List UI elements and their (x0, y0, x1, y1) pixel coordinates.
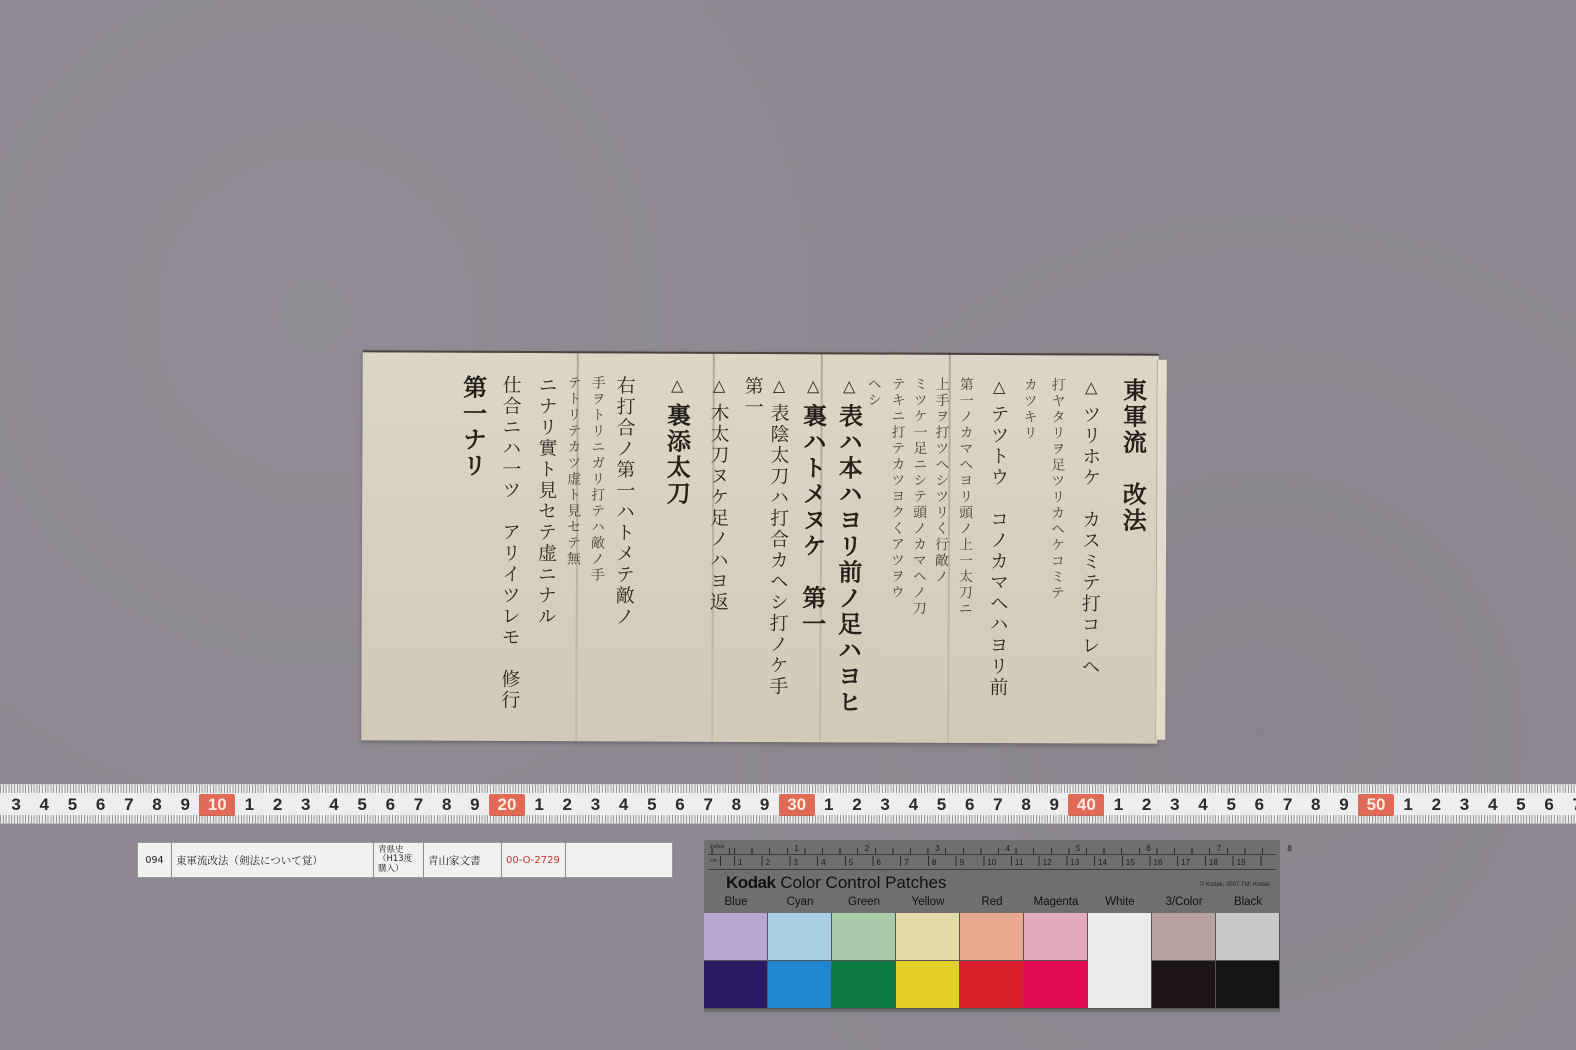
handwritten-column: 打ヤタリヲ足ツリカヘケコミテ (1050, 377, 1065, 601)
color-patch-blue-dark (704, 961, 768, 1009)
color-patch-yellow-light (896, 913, 960, 961)
patch-name-label: Black (1216, 896, 1280, 908)
color-patch-grid (704, 913, 1280, 1009)
triangle-mark-icon: △ (991, 377, 1007, 398)
tape-unit-label: 7 (984, 794, 1012, 816)
column-text: 裏ハトメヌケ 第一 (798, 403, 828, 637)
label-source: 青県史（H13度購入） (374, 843, 424, 877)
tape-unit-label: 1 (1394, 794, 1422, 816)
tape-unit-label: 2 (553, 794, 581, 816)
column-text: 手ヲトリニガリ打テハ敵ノ手 (589, 375, 606, 583)
patch-name-label: Yellow (896, 896, 960, 908)
measuring-tape: 3456789101234567892012345678930123456789… (0, 784, 1576, 824)
tape-unit-label: 1 (235, 794, 263, 816)
tape-unit-label: 4 (1189, 794, 1217, 816)
tape-unit-label: 9 (171, 794, 199, 816)
handwritten-column: テトリテカツ虚ト見セテ無 (566, 375, 581, 567)
column-text: 第一 (742, 376, 764, 418)
tape-unit-label: 6 (1535, 794, 1563, 816)
triangle-mark-icon: △ (1083, 377, 1099, 398)
color-patch-green-dark (832, 961, 896, 1009)
label-title: 東軍流改法（剣法について覚） (172, 843, 374, 877)
tape-unit-label: 6 (956, 794, 984, 816)
patch-name-label: Magenta (1024, 896, 1088, 908)
inch-tick-label: 6 (1146, 844, 1150, 853)
tape-unit-label: 9 (461, 794, 489, 816)
tape-unit-label: 8 (1302, 794, 1330, 816)
tape-unit-label: 3 (1450, 794, 1478, 816)
inch-tick-label: 3 (935, 844, 939, 853)
handwritten-column: 右打合ノ第一ハトメテ敵ノ (614, 375, 634, 627)
label-blank-cell (566, 843, 672, 877)
cm-tick-label: 3 (793, 858, 797, 867)
kodak-title-text: Color Control Patches (780, 873, 946, 892)
tape-unit-label: 8 (433, 794, 461, 816)
tape-unit-label: 2 (843, 794, 871, 816)
handwritten-column: 手ヲトリニガリ打テハ敵ノ手 (590, 375, 605, 583)
tape-unit-label: 7 (1274, 794, 1302, 816)
tape-unit-label: 3 (871, 794, 899, 816)
kodak-color-chart: inches 12345678 cm 123456789101112131415… (704, 840, 1280, 1012)
tape-unit-label: 4 (30, 794, 58, 816)
column-text: テキニ打テカツヨクくアツヲウ (889, 377, 906, 601)
inch-tick-label: 7 (1217, 844, 1221, 853)
color-patch-magenta-light (1024, 913, 1088, 961)
color-patch-red-dark (960, 961, 1024, 1009)
handwritten-column: 仕合ニハ一ツ アリイツレモ 修行 (499, 375, 519, 711)
cm-tick-label: 1 (738, 858, 742, 867)
cm-tick-label: 9 (960, 858, 964, 867)
cm-tick-label: 19 (1237, 858, 1246, 867)
cm-tick-label: 10 (987, 858, 996, 867)
patch-name-label: Red (960, 896, 1024, 908)
column-text: 東軍流 改法 (1118, 378, 1148, 534)
cm-tick-label: 17 (1181, 858, 1190, 867)
tape-unit-label: 6 (1245, 794, 1273, 816)
handwritten-column: カツキリ (1022, 377, 1036, 441)
label-collection: 青山家文書 (424, 843, 502, 877)
color-patch-cyan-light (768, 913, 832, 961)
tape-unit-label: 7 (694, 794, 722, 816)
cm-unit-label: cm (710, 858, 717, 864)
handwritten-column: 上手ヲ打ツヘシツリく行敵ノ (934, 377, 949, 585)
inch-tick-label: 1 (794, 844, 798, 853)
handwritten-column: 東軍流 改法 (1120, 378, 1145, 534)
inch-tick-label: 8 (1287, 844, 1291, 853)
patch-name-label: White (1088, 896, 1152, 908)
handwritten-column: △裏添太刀 (664, 376, 689, 507)
tape-unit-label: 3 (2, 794, 30, 816)
handwritten-column: 第一 (743, 376, 762, 418)
tape-unit-label: 7 (1563, 794, 1576, 816)
tape-unit-label: 1 (815, 794, 843, 816)
triangle-mark-icon: △ (771, 376, 787, 397)
cm-tick-label: 7 (904, 858, 908, 867)
tape-unit-label: 5 (638, 794, 666, 816)
label-number: 094 (138, 843, 172, 877)
tape-unit-label: 5 (1217, 794, 1245, 816)
paper-edge (1155, 360, 1167, 740)
column-text: 右打合ノ第一ハトメテ敵ノ (613, 375, 636, 627)
patch-name-label: Green (832, 896, 896, 908)
color-patch-black-dark (1216, 961, 1280, 1009)
cm-tick-label: 13 (1070, 858, 1079, 867)
color-patch-green-light (832, 913, 896, 961)
tape-unit-label: 5 (58, 794, 86, 816)
handwritten-document: 東軍流 改法△ツリホケ カスミテ打コレヘ打ヤタリヲ足ツリカヘケコミテカツキリ△テ… (361, 350, 1159, 743)
triangle-mark-icon: △ (669, 376, 685, 397)
cm-tick-label: 5 (849, 858, 853, 867)
column-text: ミツケ一足ニシテ頭ノカマヘノ刀 (911, 377, 928, 617)
triangle-mark-icon: △ (711, 376, 727, 397)
column-text: ヘシ (866, 376, 882, 408)
tape-unit-label: 1 (525, 794, 553, 816)
handwritten-column: △木太刀ヌケ足ノハヨ返 (708, 376, 728, 613)
column-text: 打ヤタリヲ足ツリカヘケコミテ (1049, 377, 1066, 601)
column-text: 裏添太刀 (662, 403, 691, 507)
patch-name-label: Blue (704, 896, 768, 908)
column-text: 上手ヲ打ツヘシツリく行敵ノ (933, 377, 950, 585)
tape-decade-label: 40 (1068, 794, 1104, 816)
patch-names: BlueCyanGreenYellowRedMagentaWhite3/Colo… (704, 896, 1280, 908)
color-patch-white-light (1088, 913, 1152, 1009)
patch-name-label: Cyan (768, 896, 832, 908)
column-text: 表陰太刀ハ打合カヘシ打ノケ手 (766, 403, 789, 697)
column-text: ニナリ實ト見セテ虚ニナル (535, 375, 558, 627)
label-id: 00-O-2729 (502, 843, 566, 877)
tape-decade-label: 50 (1358, 794, 1394, 816)
tape-unit-label: 5 (348, 794, 376, 816)
patch-name-label: 3/Color (1152, 896, 1216, 908)
handwritten-column: 第一ノカマヘヨリ頭ノ上一太刀ニ (958, 377, 973, 617)
handwritten-column: △ツリホケ カスミテ打コレヘ (1079, 377, 1099, 677)
tape-unit-label: 4 (320, 794, 348, 816)
handwritten-column: △表陰太刀ハ打合カヘシ打ノケ手 (767, 376, 787, 697)
inch-tick-label: 5 (1076, 844, 1080, 853)
handwritten-column: △表ハ本ハヨリ前ノ足ハヨヒ (835, 376, 860, 715)
handwritten-column: ヘシ (867, 376, 881, 408)
inch-scale: inches 12345678 (708, 842, 1276, 855)
tape-unit-label: 8 (722, 794, 750, 816)
tape-unit-label: 9 (1040, 794, 1068, 816)
column-text: 仕合ニハ一ツ アリイツレモ 修行 (498, 375, 521, 711)
cm-tick-label: 8 (932, 858, 936, 867)
cm-scale: cm 12345678910111213141516171819 (708, 856, 1276, 869)
tape-unit-label: 1 (1104, 794, 1132, 816)
color-patch-magenta-dark (1024, 961, 1088, 1009)
color-patch-3-color-light (1152, 913, 1216, 961)
column-text: 木太刀ヌケ足ノハヨ返 (707, 403, 730, 613)
tape-ticks (0, 785, 1576, 793)
tape-unit-label: 7 (115, 794, 143, 816)
tape-unit-label: 6 (87, 794, 115, 816)
tape-unit-label: 8 (143, 794, 171, 816)
tape-unit-label: 4 (899, 794, 927, 816)
tape-unit-label: 4 (1479, 794, 1507, 816)
column-text: 第一ノカマヘヨリ頭ノ上一太刀ニ (957, 377, 974, 617)
kodak-copyright: © Kodak, 2007 TM: Kodak (1200, 882, 1270, 888)
catalog-label: 094 東軍流改法（剣法について覚） 青県史（H13度購入） 青山家文書 00-… (137, 842, 673, 878)
inch-tick-label: 2 (865, 844, 869, 853)
tape-unit-label: 6 (666, 794, 694, 816)
cm-tick-label: 14 (1098, 858, 1107, 867)
column-text: カツキリ (1021, 377, 1037, 441)
cm-tick-label: 15 (1126, 858, 1135, 867)
triangle-mark-icon: △ (805, 376, 821, 397)
color-patch-cyan-dark (768, 961, 832, 1009)
cm-tick-label: 4 (821, 858, 825, 867)
color-patch-red-light (960, 913, 1024, 961)
tape-unit-label: 5 (927, 794, 955, 816)
color-patch-black-light (1216, 913, 1280, 961)
handwritten-column: ミツケ一足ニシテ頭ノカマヘノ刀 (912, 377, 927, 617)
tape-decade-label: 10 (199, 794, 235, 816)
tape-numbers: 3456789101234567892012345678930123456789… (2, 794, 1576, 816)
tape-unit-label: 3 (581, 794, 609, 816)
color-patch-3-color-dark (1152, 961, 1216, 1009)
handwritten-column: テキニ打テカツヨクくアツヲウ (890, 377, 905, 601)
inch-tick-label: 4 (1006, 844, 1010, 853)
handwritten-column: 第一ナリ (460, 375, 484, 479)
cm-tick-label: 12 (1043, 858, 1052, 867)
cm-tick-label: 16 (1154, 858, 1163, 867)
triangle-mark-icon: △ (841, 376, 857, 397)
tape-unit-label: 5 (1507, 794, 1535, 816)
tape-unit-label: 6 (376, 794, 404, 816)
column-text: 表ハ本ハヨリ前ノ足ハヨヒ (833, 403, 863, 715)
tape-unit-label: 2 (1133, 794, 1161, 816)
color-patch-blue-light (704, 913, 768, 961)
tape-unit-label: 7 (404, 794, 432, 816)
tape-unit-label: 2 (264, 794, 292, 816)
tape-ticks (0, 815, 1576, 823)
tape-decade-label: 20 (489, 794, 525, 816)
tape-unit-label: 3 (1161, 794, 1189, 816)
kodak-brand: Kodak (726, 873, 775, 892)
tape-unit-label: 2 (1422, 794, 1450, 816)
color-patch-yellow-dark (896, 961, 960, 1009)
tape-unit-label: 4 (610, 794, 638, 816)
column-text: テツトウ コノカマヘハヨリ前 (986, 404, 1009, 698)
cm-tick-label: 18 (1209, 858, 1218, 867)
kodak-ruler: inches 12345678 cm 123456789101112131415… (708, 842, 1276, 870)
tape-unit-label: 9 (751, 794, 779, 816)
handwritten-column: ニナリ實ト見セテ虚ニナル (536, 375, 556, 627)
cm-tick-label: 2 (766, 858, 770, 867)
tape-decade-label: 30 (779, 794, 815, 816)
column-text: ツリホケ カスミテ打コレヘ (1078, 404, 1101, 677)
handwritten-column: △裏ハトメヌケ 第一 (800, 376, 825, 637)
column-text: 第一ナリ (458, 375, 487, 479)
inch-unit-label: inches (710, 844, 724, 850)
kodak-title: Kodak Color Control Patches (726, 873, 947, 893)
cm-tick-label: 6 (877, 858, 881, 867)
column-text: テトリテカツ虚ト見セテ無 (565, 375, 582, 567)
handwritten-column: △テツトウ コノカマヘハヨリ前 (987, 377, 1007, 698)
tape-unit-label: 9 (1330, 794, 1358, 816)
cm-tick-label: 11 (1015, 858, 1023, 867)
tape-unit-label: 8 (1012, 794, 1040, 816)
tape-unit-label: 3 (292, 794, 320, 816)
